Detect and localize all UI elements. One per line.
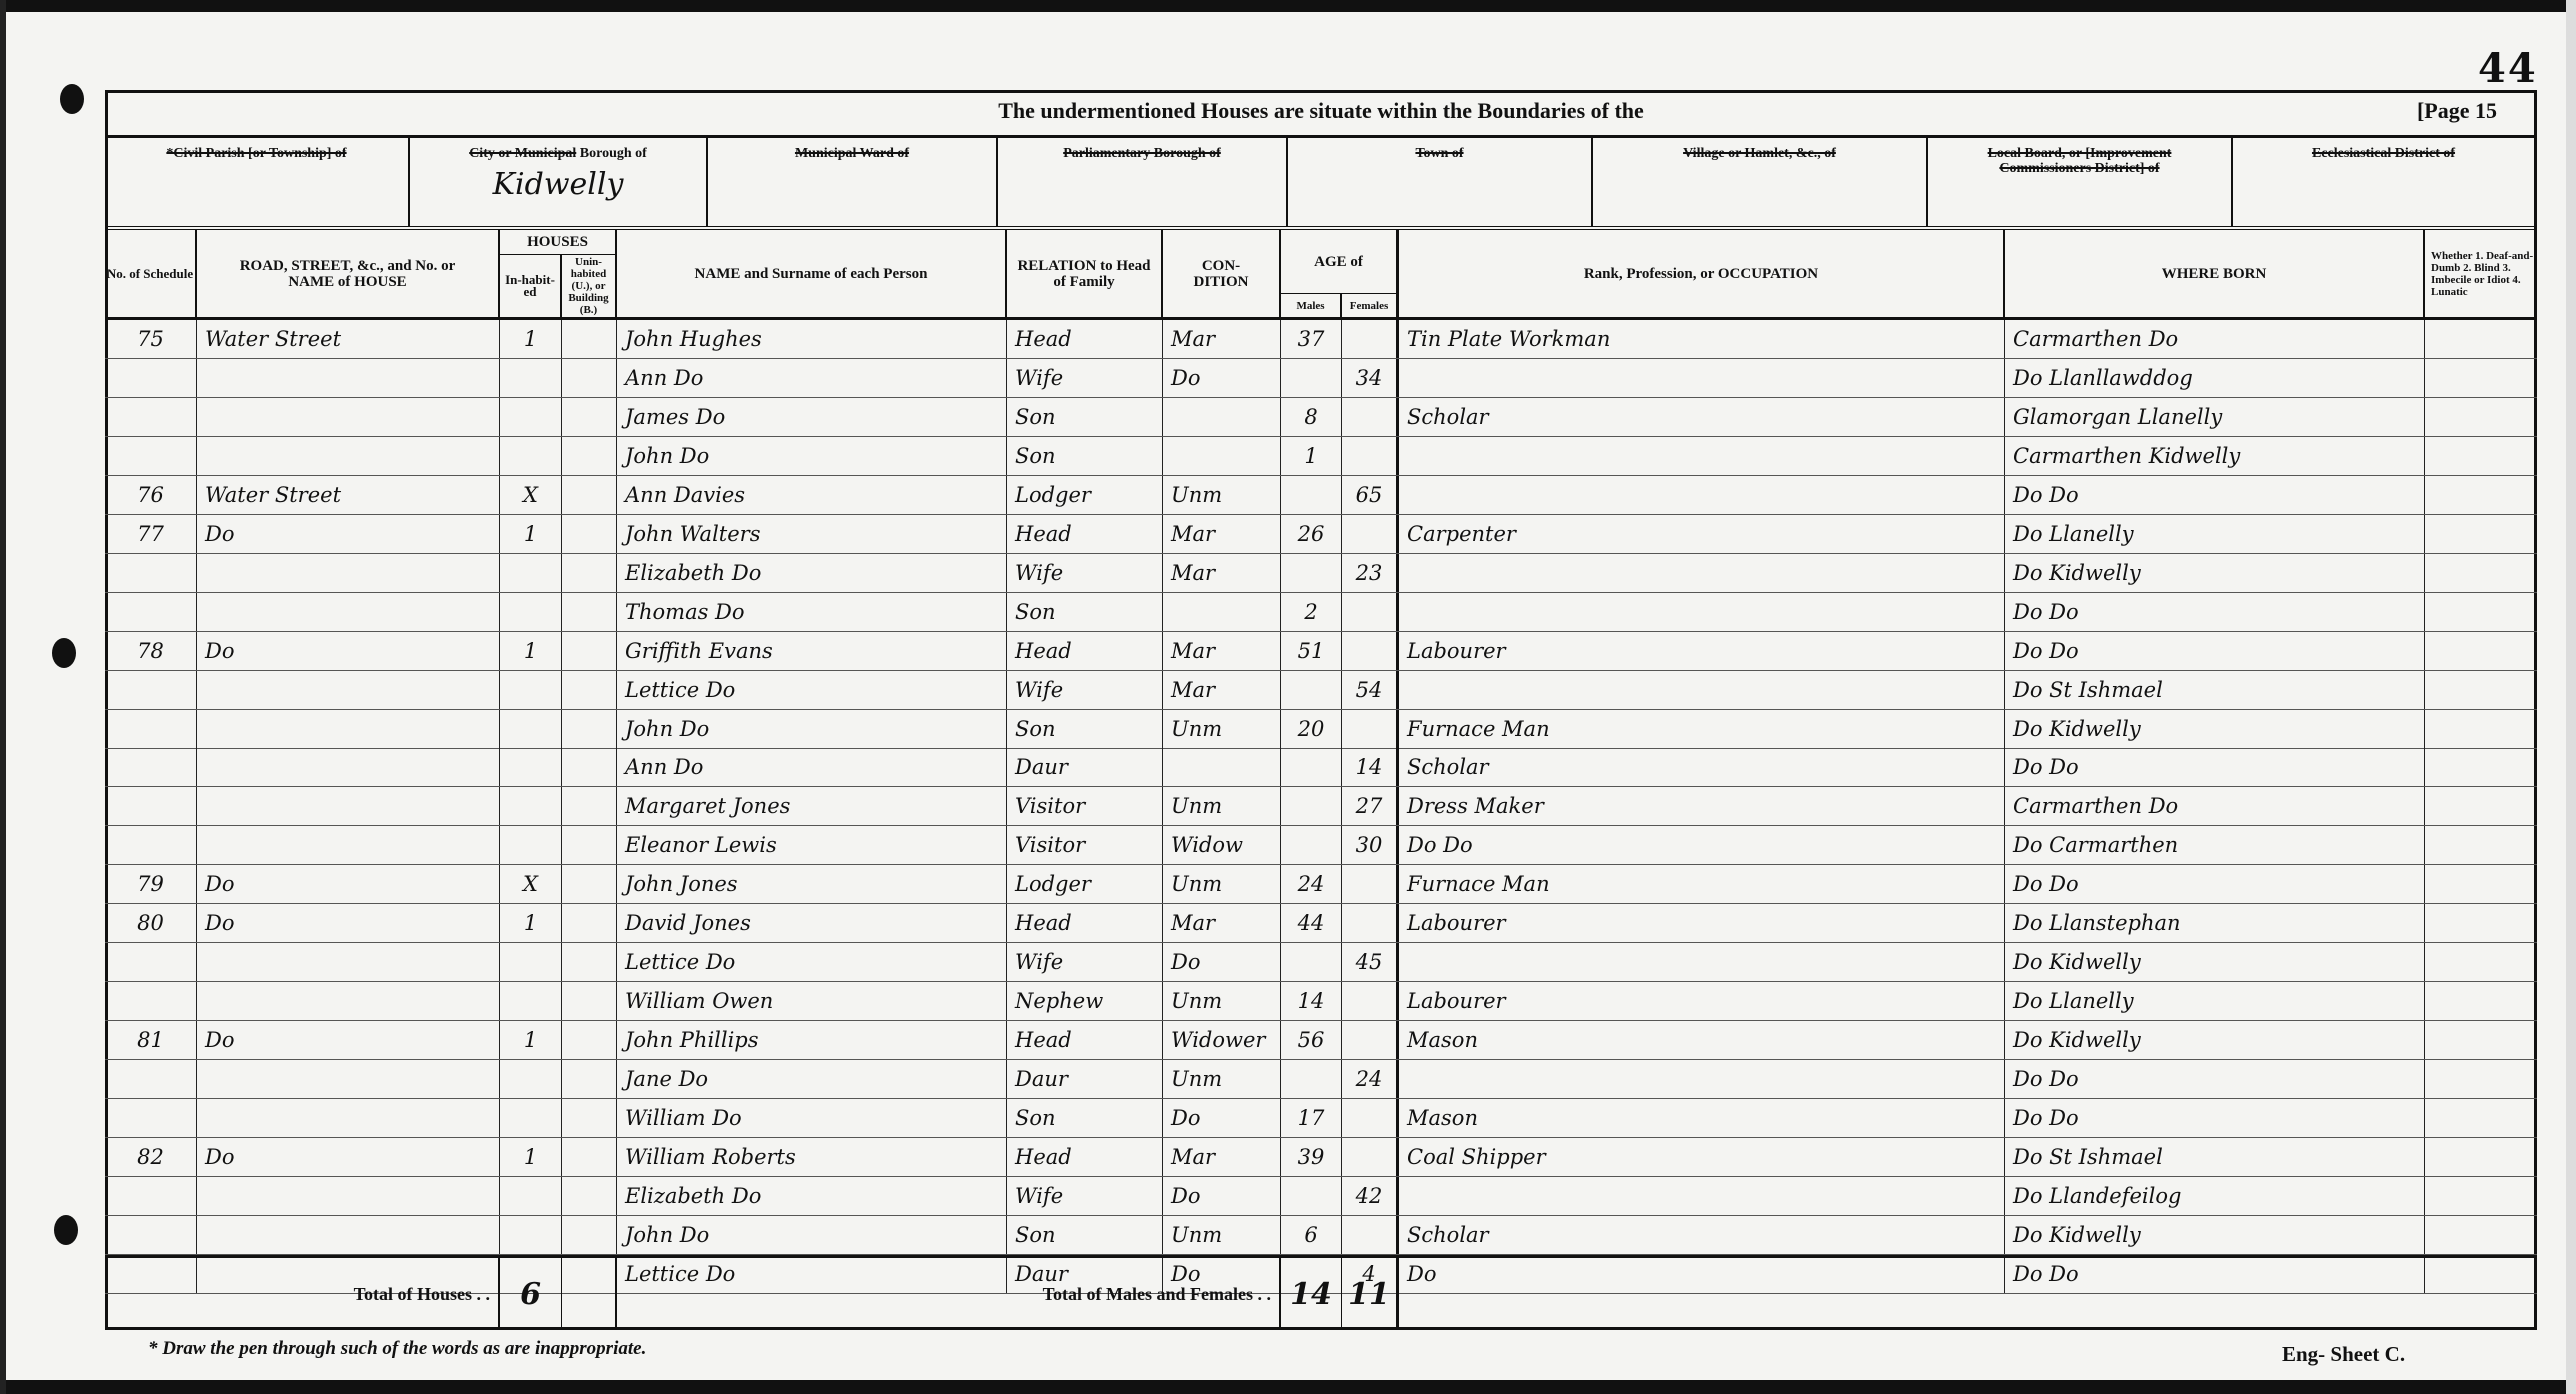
infirmity: [2425, 1177, 2537, 1215]
road-street: Water Street: [197, 476, 500, 514]
age-female: [1342, 865, 1399, 903]
totals-row: Total of Houses . . 6 Total of Males and…: [105, 1255, 2537, 1330]
occupation: [1399, 593, 2005, 631]
schedule-number: 78: [105, 632, 197, 670]
schedule-number: [105, 943, 197, 981]
person-name: William Owen: [617, 982, 1007, 1020]
scan-edge-left: [0, 0, 6, 1394]
houses-inhabited: [500, 593, 562, 631]
age-female: [1342, 632, 1399, 670]
table-row: Jane DoDaurUnm24Do Do: [105, 1060, 2537, 1099]
age-male: [1281, 748, 1342, 786]
where-born: Carmarthen Do: [2005, 787, 2425, 825]
road-street: Do: [197, 865, 500, 903]
marital-condition: Mar: [1163, 515, 1281, 553]
table-row: John DoSon1Carmarthen Kidwelly: [105, 437, 2537, 476]
occupation: Labourer: [1399, 632, 2005, 670]
header-road: ROAD, STREET, &c., and No. or NAME of HO…: [197, 230, 500, 317]
total-houses-label: Total of Houses . .: [105, 1258, 500, 1330]
relation-to-head: Wife: [1007, 671, 1163, 709]
total-persons-label: Total of Males and Females . .: [617, 1258, 1281, 1330]
age-male: [1281, 476, 1342, 514]
road-street: Water Street: [197, 320, 500, 358]
where-born: Do Llanelly: [2005, 515, 2425, 553]
age-male: [1281, 787, 1342, 825]
header-schedule: No. of Schedule: [105, 230, 197, 317]
occupation: Furnace Man: [1399, 710, 2005, 748]
where-born: Do Llanllawddog: [2005, 359, 2425, 397]
schedule-number: 81: [105, 1021, 197, 1059]
schedule-number: 77: [105, 515, 197, 553]
header-inhabited: In-habit-ed: [500, 254, 562, 317]
age-female: [1342, 320, 1399, 358]
occupation: Mason: [1399, 1099, 2005, 1137]
boundary-local-board: Local Board, or [Improvement Commissione…: [1928, 138, 2233, 226]
where-born: Do Kidwelly: [2005, 554, 2425, 592]
relation-to-head: Visitor: [1007, 826, 1163, 864]
houses-inhabited: [500, 826, 562, 864]
houses-inhabited: 1: [500, 904, 562, 942]
table-row: John DoSonUnm6ScholarDo Kidwelly: [105, 1216, 2537, 1255]
infirmity: [2425, 826, 2537, 864]
age-male: 6: [1281, 1216, 1342, 1254]
houses-uninhabited: [562, 865, 617, 903]
table-row: Ann DoDaur14ScholarDo Do: [105, 748, 2537, 787]
infirmity: [2425, 515, 2537, 553]
road-street: [197, 710, 500, 748]
marital-condition: Unm: [1163, 1060, 1281, 1098]
relation-to-head: Head: [1007, 904, 1163, 942]
relation-to-head: Daur: [1007, 1060, 1163, 1098]
boundary-village: Village or Hamlet, &c., of: [1593, 138, 1928, 226]
age-male: [1281, 1060, 1342, 1098]
houses-inhabited: [500, 1216, 562, 1254]
age-female: 42: [1342, 1177, 1399, 1215]
age-male: 51: [1281, 632, 1342, 670]
occupation: [1399, 1060, 2005, 1098]
boundary-municipal-ward: Municipal Ward of: [708, 138, 998, 226]
header-occupation: Rank, Profession, or OCCUPATION: [1399, 230, 2005, 317]
relation-to-head: Son: [1007, 398, 1163, 436]
where-born: Do Llandefeilog: [2005, 1177, 2425, 1215]
marital-condition: [1163, 437, 1281, 475]
age-male: [1281, 359, 1342, 397]
road-street: [197, 748, 500, 786]
table-row: Eleanor LewisVisitorWidow30Do DoDo Carma…: [105, 826, 2537, 865]
where-born: Do Do: [2005, 593, 2425, 631]
relation-to-head: Head: [1007, 320, 1163, 358]
relation-to-head: Son: [1007, 593, 1163, 631]
where-born: Do Kidwelly: [2005, 943, 2425, 981]
where-born: Do Do: [2005, 865, 2425, 903]
relation-to-head: Nephew: [1007, 982, 1163, 1020]
person-name: John Phillips: [617, 1021, 1007, 1059]
infirmity: [2425, 671, 2537, 709]
houses-inhabited: [500, 671, 562, 709]
person-name: William Roberts: [617, 1138, 1007, 1176]
where-born: Do Do: [2005, 1060, 2425, 1098]
road-street: [197, 1099, 500, 1137]
infirmity: [2425, 748, 2537, 786]
scan-edge-bottom: [0, 1380, 2576, 1394]
road-street: [197, 787, 500, 825]
occupation: [1399, 476, 2005, 514]
age-male: [1281, 943, 1342, 981]
houses-uninhabited: [562, 748, 617, 786]
header-age: AGE of: [1281, 230, 1399, 293]
person-name: Jane Do: [617, 1060, 1007, 1098]
relation-to-head: Head: [1007, 515, 1163, 553]
table-row: Elizabeth DoWifeDo42Do Llandefeilog: [105, 1177, 2537, 1216]
schedule-number: [105, 982, 197, 1020]
houses-uninhabited: [562, 320, 617, 358]
where-born: Do St Ishmael: [2005, 671, 2425, 709]
where-born: Carmarthen Kidwelly: [2005, 437, 2425, 475]
table-row: 81Do1John PhillipsHeadWidower56MasonDo K…: [105, 1021, 2537, 1060]
boundaries-band: *Civil Parish [or Township] of City or M…: [105, 138, 2537, 230]
houses-inhabited: 1: [500, 632, 562, 670]
schedule-number: [105, 1060, 197, 1098]
marital-condition: Unm: [1163, 787, 1281, 825]
infirmity: [2425, 1138, 2537, 1176]
relation-to-head: Wife: [1007, 943, 1163, 981]
age-male: 24: [1281, 865, 1342, 903]
marital-condition: Unm: [1163, 982, 1281, 1020]
marital-condition: Do: [1163, 943, 1281, 981]
houses-inhabited: 1: [500, 515, 562, 553]
infirmity: [2425, 787, 2537, 825]
total-males-value: 14: [1281, 1258, 1342, 1330]
occupation: Scholar: [1399, 1216, 2005, 1254]
infirmity: [2425, 437, 2537, 475]
age-female: 27: [1342, 787, 1399, 825]
boundaries-title-band: The undermentioned Houses are situate wi…: [105, 90, 2537, 138]
table-row: Ann DoWifeDo34Do Llanllawddog: [105, 359, 2537, 398]
where-born: Do Kidwelly: [2005, 1216, 2425, 1254]
houses-uninhabited: [562, 1021, 617, 1059]
header-females: Females: [1342, 293, 1399, 317]
boundaries-title: The undermentioned Houses are situate wi…: [105, 98, 2537, 124]
infirmity: [2425, 865, 2537, 903]
houses-uninhabited: [562, 398, 617, 436]
scan-edge-right: [2566, 0, 2576, 1394]
table-row: 77Do1John WaltersHeadMar26CarpenterDo Ll…: [105, 515, 2537, 554]
age-male: 17: [1281, 1099, 1342, 1137]
marital-condition: Mar: [1163, 904, 1281, 942]
schedule-number: [105, 398, 197, 436]
houses-uninhabited: [562, 1138, 617, 1176]
houses-uninhabited: [562, 1060, 617, 1098]
houses-inhabited: [500, 982, 562, 1020]
age-female: 24: [1342, 1060, 1399, 1098]
age-female: [1342, 1021, 1399, 1059]
schedule-number: [105, 1099, 197, 1137]
marital-condition: Do: [1163, 1177, 1281, 1215]
relation-to-head: Wife: [1007, 1177, 1163, 1215]
boundary-ecclesiastical: Ecclesiastical District of: [2233, 138, 2534, 226]
relation-to-head: Head: [1007, 1138, 1163, 1176]
occupation: Tin Plate Workman: [1399, 320, 2005, 358]
schedule-number: [105, 554, 197, 592]
punch-hole-icon: [60, 84, 84, 114]
table-row: 79DoXJohn JonesLodgerUnm24Furnace ManDo …: [105, 865, 2537, 904]
houses-inhabited: [500, 1099, 562, 1137]
occupation: [1399, 943, 2005, 981]
schedule-number: [105, 359, 197, 397]
occupation: Labourer: [1399, 904, 2005, 942]
where-born: Do Llanstephan: [2005, 904, 2425, 942]
occupation: Carpenter: [1399, 515, 2005, 553]
table-row: William DoSonDo17MasonDo Do: [105, 1099, 2537, 1138]
folio-number: 44: [2478, 45, 2538, 92]
header-infirmity: Whether 1. Deaf-and-Dumb 2. Blind 3. Imb…: [2425, 230, 2534, 317]
road-street: [197, 1216, 500, 1254]
schedule-number: [105, 593, 197, 631]
age-male: [1281, 1177, 1342, 1215]
marital-condition: Unm: [1163, 710, 1281, 748]
occupation: Mason: [1399, 1021, 2005, 1059]
schedule-number: [105, 710, 197, 748]
total-houses-value: 6: [500, 1258, 562, 1330]
page-label: [Page 15: [2417, 98, 2497, 124]
road-street: [197, 593, 500, 631]
schedule-number: 75: [105, 320, 197, 358]
age-female: 65: [1342, 476, 1399, 514]
where-born: Do Kidwelly: [2005, 1021, 2425, 1059]
schedule-number: [105, 671, 197, 709]
relation-to-head: Son: [1007, 710, 1163, 748]
age-female: 14: [1342, 748, 1399, 786]
where-born: Do Do: [2005, 1099, 2425, 1137]
houses-uninhabited: [562, 1216, 617, 1254]
person-name: Thomas Do: [617, 593, 1007, 631]
houses-uninhabited: [562, 515, 617, 553]
infirmity: [2425, 904, 2537, 942]
schedule-number: [105, 826, 197, 864]
age-female: [1342, 515, 1399, 553]
infirmity: [2425, 398, 2537, 436]
marital-condition: [1163, 398, 1281, 436]
houses-uninhabited: [562, 710, 617, 748]
houses-uninhabited: [562, 982, 617, 1020]
occupation: Scholar: [1399, 748, 2005, 786]
occupation: [1399, 1177, 2005, 1215]
sheet-label: Eng- Sheet C.: [2282, 1342, 2405, 1367]
road-street: Do: [197, 632, 500, 670]
person-name: James Do: [617, 398, 1007, 436]
relation-to-head: Son: [1007, 437, 1163, 475]
age-female: [1342, 1099, 1399, 1137]
houses-inhabited: [500, 1060, 562, 1098]
schedule-number: 76: [105, 476, 197, 514]
where-born: Carmarthen Do: [2005, 320, 2425, 358]
age-male: 39: [1281, 1138, 1342, 1176]
where-born: Do St Ishmael: [2005, 1138, 2425, 1176]
header-name: NAME and Surname of each Person: [617, 230, 1007, 317]
infirmity: [2425, 1099, 2537, 1137]
relation-to-head: Daur: [1007, 748, 1163, 786]
person-name: Ann Do: [617, 748, 1007, 786]
schedule-number: [105, 748, 197, 786]
age-female: [1342, 437, 1399, 475]
age-female: [1342, 398, 1399, 436]
footnote: * Draw the pen through such of the words…: [148, 1338, 646, 1360]
table-row: John DoSonUnm20Furnace ManDo Kidwelly: [105, 710, 2537, 749]
table-row: 80Do1David JonesHeadMar44LabourerDo Llan…: [105, 904, 2537, 943]
table-row: James DoSon8ScholarGlamorgan Llanelly: [105, 398, 2537, 437]
age-female: [1342, 593, 1399, 631]
houses-uninhabited: [562, 671, 617, 709]
relation-to-head: Lodger: [1007, 865, 1163, 903]
occupation: [1399, 359, 2005, 397]
boundary-borough: City or Municipal Borough of Kidwelly: [410, 138, 708, 226]
relation-to-head: Son: [1007, 1216, 1163, 1254]
marital-condition: Mar: [1163, 554, 1281, 592]
occupation: [1399, 437, 2005, 475]
houses-uninhabited: [562, 1177, 617, 1215]
schedule-number: 79: [105, 865, 197, 903]
where-born: Glamorgan Llanelly: [2005, 398, 2425, 436]
person-name: Elizabeth Do: [617, 1177, 1007, 1215]
infirmity: [2425, 1216, 2537, 1254]
houses-uninhabited: [562, 476, 617, 514]
age-female: 23: [1342, 554, 1399, 592]
marital-condition: Unm: [1163, 476, 1281, 514]
person-name: John Do: [617, 437, 1007, 475]
road-street: [197, 398, 500, 436]
boundary-civil-parish: *Civil Parish [or Township] of: [105, 138, 410, 226]
marital-condition: Mar: [1163, 632, 1281, 670]
marital-condition: Unm: [1163, 1216, 1281, 1254]
age-male: 26: [1281, 515, 1342, 553]
marital-condition: Do: [1163, 359, 1281, 397]
marital-condition: Widow: [1163, 826, 1281, 864]
header-males: Males: [1281, 293, 1342, 317]
where-born: Do Do: [2005, 632, 2425, 670]
header-condition: CON-DITION: [1163, 230, 1281, 317]
header-relation: RELATION to Head of Family: [1007, 230, 1163, 317]
age-male: [1281, 554, 1342, 592]
age-male: 14: [1281, 982, 1342, 1020]
schedule-number: 82: [105, 1138, 197, 1176]
age-female: 54: [1342, 671, 1399, 709]
table-row: Lettice DoWifeMar54Do St Ishmael: [105, 671, 2537, 710]
person-name: John Do: [617, 1216, 1007, 1254]
person-name: Eleanor Lewis: [617, 826, 1007, 864]
age-male: 8: [1281, 398, 1342, 436]
age-female: [1342, 982, 1399, 1020]
age-male: 37: [1281, 320, 1342, 358]
where-born: Do Llanelly: [2005, 982, 2425, 1020]
person-name: John Hughes: [617, 320, 1007, 358]
table-row: Lettice DoWifeDo45Do Kidwelly: [105, 943, 2537, 982]
houses-inhabited: 1: [500, 320, 562, 358]
age-female: 30: [1342, 826, 1399, 864]
road-street: Do: [197, 1021, 500, 1059]
table-row: 78Do1Griffith EvansHeadMar51LabourerDo D…: [105, 632, 2537, 671]
column-header-row: No. of Schedule ROAD, STREET, &c., and N…: [105, 230, 2537, 320]
houses-uninhabited: [562, 826, 617, 864]
total-uninhabited-value: [562, 1258, 617, 1330]
houses-inhabited: [500, 710, 562, 748]
age-male: [1281, 671, 1342, 709]
marital-condition: Do: [1163, 1099, 1281, 1137]
relation-to-head: Head: [1007, 1021, 1163, 1059]
houses-inhabited: [500, 554, 562, 592]
punch-hole-icon: [54, 1215, 78, 1245]
marital-condition: Unm: [1163, 865, 1281, 903]
schedule-number: [105, 437, 197, 475]
occupation: Coal Shipper: [1399, 1138, 2005, 1176]
person-name: Griffith Evans: [617, 632, 1007, 670]
infirmity: [2425, 554, 2537, 592]
person-name: David Jones: [617, 904, 1007, 942]
header-uninhabited: Unin-habited (U.), or Building (B.): [562, 254, 617, 317]
houses-uninhabited: [562, 787, 617, 825]
houses-inhabited: [500, 748, 562, 786]
infirmity: [2425, 1021, 2537, 1059]
road-street: Do: [197, 1138, 500, 1176]
schedule-number: [105, 1216, 197, 1254]
where-born: Do Do: [2005, 748, 2425, 786]
age-male: 44: [1281, 904, 1342, 942]
table-row: William OwenNephewUnm14LabourerDo Llanel…: [105, 982, 2537, 1021]
occupation: Do Do: [1399, 826, 2005, 864]
road-street: [197, 826, 500, 864]
houses-uninhabited: [562, 904, 617, 942]
header-where-born: WHERE BORN: [2005, 230, 2425, 317]
table-row: Margaret JonesVisitorUnm27Dress MakerCar…: [105, 787, 2537, 826]
infirmity: [2425, 320, 2537, 358]
houses-inhabited: 1: [500, 1138, 562, 1176]
infirmity: [2425, 632, 2537, 670]
age-male: 1: [1281, 437, 1342, 475]
houses-uninhabited: [562, 359, 617, 397]
age-female: [1342, 904, 1399, 942]
where-born: Do Carmarthen: [2005, 826, 2425, 864]
where-born: Do Kidwelly: [2005, 710, 2425, 748]
infirmity: [2425, 943, 2537, 981]
road-street: Do: [197, 904, 500, 942]
road-street: [197, 554, 500, 592]
marital-condition: [1163, 748, 1281, 786]
road-street: Do: [197, 515, 500, 553]
boundary-town: Town of: [1288, 138, 1593, 226]
houses-inhabited: X: [500, 476, 562, 514]
age-male: 20: [1281, 710, 1342, 748]
age-male: 2: [1281, 593, 1342, 631]
occupation: Dress Maker: [1399, 787, 2005, 825]
houses-uninhabited: [562, 593, 617, 631]
schedule-number: 80: [105, 904, 197, 942]
relation-to-head: Wife: [1007, 359, 1163, 397]
relation-to-head: Head: [1007, 632, 1163, 670]
houses-uninhabited: [562, 1099, 617, 1137]
houses-uninhabited: [562, 437, 617, 475]
person-name: Lettice Do: [617, 943, 1007, 981]
infirmity: [2425, 1060, 2537, 1098]
relation-to-head: Son: [1007, 1099, 1163, 1137]
road-street: [197, 1177, 500, 1215]
age-male: [1281, 826, 1342, 864]
infirmity: [2425, 593, 2537, 631]
road-street: [197, 359, 500, 397]
houses-inhabited: [500, 398, 562, 436]
person-name: Lettice Do: [617, 671, 1007, 709]
road-street: [197, 982, 500, 1020]
occupation: Furnace Man: [1399, 865, 2005, 903]
total-females-value: 11: [1342, 1258, 1399, 1330]
